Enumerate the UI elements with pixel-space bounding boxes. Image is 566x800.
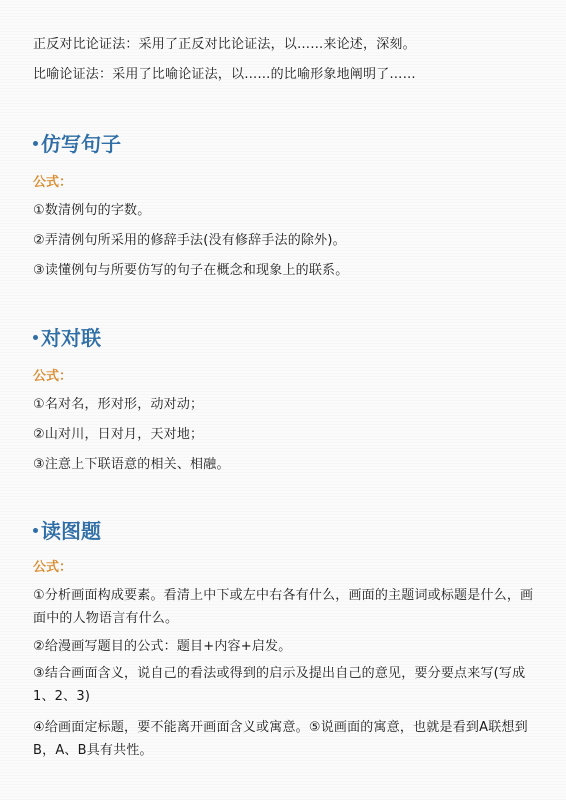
list-item: ②山对川，日对月，天对地； <box>33 427 203 443</box>
section-heading-couplet: 对对联 <box>33 326 101 350</box>
section-heading-picture-reading: 读图题 <box>33 519 101 543</box>
list-item: ②弄清例句所采用的修辞手法(没有修辞手法的除外)。 <box>33 233 346 249</box>
bullet-dot-icon <box>33 141 38 146</box>
formula-label: 公式： <box>33 369 72 385</box>
section-title: 读图题 <box>41 519 101 543</box>
bullet-dot-icon <box>33 528 38 533</box>
section-title: 对对联 <box>41 326 101 350</box>
intro-line-metaphor-argument: 比喻论证法：采用了比喻论证法，以……的比喻形象地阐明了…… <box>33 67 416 83</box>
formula-label: 公式： <box>33 560 72 576</box>
list-item: ③结合画面含义，说自己的看法或得到的启示及提出自己的意见，要分要点来写(写成1、… <box>33 662 543 708</box>
formula-label: 公式： <box>33 175 72 191</box>
list-item: ③注意上下联语意的相关、相融。 <box>33 457 230 473</box>
list-item: ①分析画面构成要素。看清上中下或左中右各有什么，画面的主题词或标题是什么，画面中… <box>33 584 543 630</box>
intro-line-contrast-argument: 正反对比论证法：采用了正反对比论证法，以……来论述，深刻。 <box>33 37 416 53</box>
bullet-dot-icon <box>33 335 38 340</box>
section-heading-imitation: 仿写句子 <box>33 132 121 156</box>
list-item: ①数清例句的字数。 <box>33 203 150 219</box>
list-item: ②给漫画写题目的公式：题目+内容+启发。 <box>33 635 543 658</box>
list-item: ①名对名，形对形，动对动； <box>33 397 203 413</box>
section-title: 仿写句子 <box>41 132 121 156</box>
list-item: ③读懂例句与所要仿写的句子在概念和现象上的联系。 <box>33 263 348 279</box>
list-item: ④给画面定标题，要不能离开画面含义或寓意。⑤说画面的寓意，也就是看到A联想到B，… <box>33 716 543 762</box>
document-page: 正反对比论证法：采用了正反对比论证法，以……来论述，深刻。 比喻论证法：采用了比… <box>0 0 566 800</box>
